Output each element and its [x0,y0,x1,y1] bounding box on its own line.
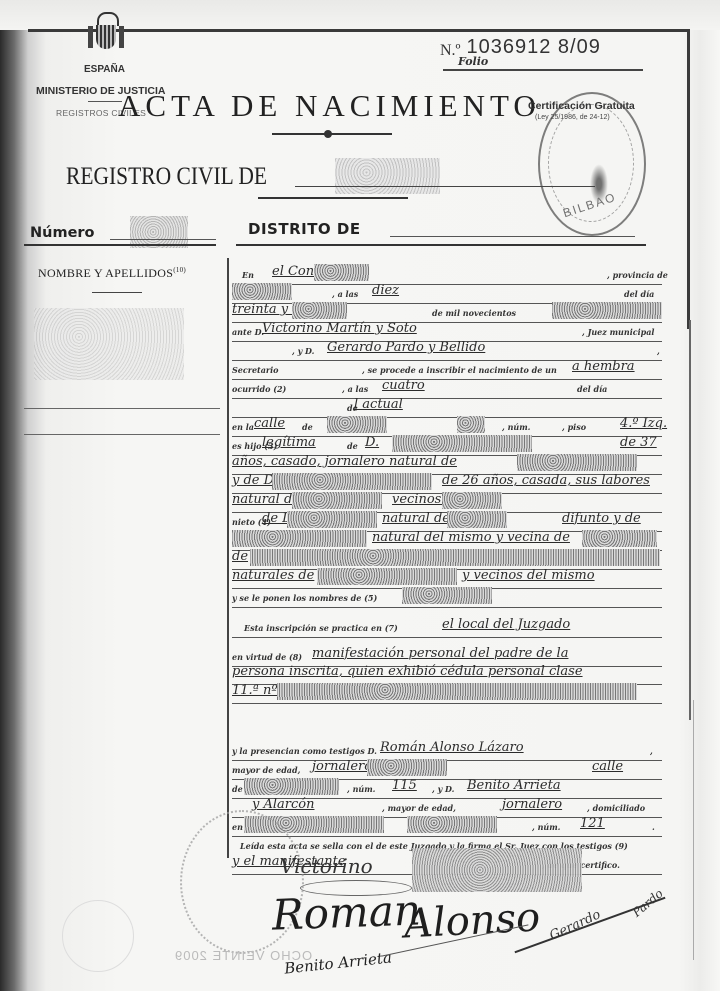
redacted-field [582,530,657,547]
redacted-field [552,302,662,319]
coat-of-arms-icon [86,12,126,58]
handwritten-entry: difunto y de [562,511,641,526]
registro-underline [258,197,408,199]
form-line: Secretario, se procede a inscribir el na… [232,361,662,380]
handwritten-entry: de 37 [620,435,657,450]
handwritten-entry: y Alarcón [252,797,314,812]
handwritten-entry: natural del mismo y vecina de [372,530,570,545]
handwritten-entry: calle [592,759,623,774]
handwritten-entry: persona inscrita, quien exhibió cédula p… [232,664,583,679]
printed-text: y la presencian como testigos D. [232,746,377,756]
handwritten-entry: D. [365,435,379,450]
redacted-field [272,473,432,490]
redacted-field [517,454,637,471]
printed-text: , domiciliado [587,803,645,813]
printed-text: en la [232,422,254,432]
printed-text: de [302,422,313,432]
registro-civil-label: REGISTRO CIVIL DE [66,163,267,191]
left-rule [24,408,220,409]
redacted-field [292,302,347,319]
frame-border-right [687,29,690,329]
printed-text: , núm. [532,822,560,832]
handwritten-entry: de [232,549,248,564]
printed-text: , y D. [432,784,454,794]
form-line: ende, núm..121 [232,818,662,837]
handwritten-entry: naturales de [232,568,314,583]
frame-border-right-bottom [693,700,694,960]
frame-border-right-lower [689,320,691,720]
frame-border-top [28,29,690,32]
numero-line [110,239,216,240]
title-ornament [272,133,392,135]
distrito-line [390,236,635,237]
nombre-redacted [34,308,184,380]
signature-witness1: Roman [271,885,421,939]
handwritten-entry: jornalero [502,797,562,812]
printed-text: , piso [562,422,586,432]
handwritten-entry: a hembra [572,359,635,374]
redacted-field [327,416,387,433]
printed-text: , [650,746,653,756]
handwritten-entry: legítima [262,435,316,450]
printed-text: , núm. [347,784,375,794]
country-label: ESPAÑA [84,64,125,75]
printed-text: , núm. [502,422,530,432]
redacted-field [250,549,660,566]
nombre-note: (10) [173,266,186,274]
redacted-field [367,759,447,776]
nombre-label: NOMBRE Y APELLIDOS(10) [38,266,186,281]
handwritten-entry: Victorino Martín y Soto [262,321,417,336]
printed-text: , mayor de edad, [382,803,456,813]
redacted-field [457,416,485,433]
printed-text: , se procede a inscribir el nacimiento d… [362,365,557,375]
document-title: ACTA DE NACIMIENTO [118,88,541,124]
column-divider [227,258,229,858]
form-line: y se le ponen los nombres de (5) [232,589,662,608]
handwritten-entry: jornalero [312,759,372,774]
handwritten-entry: 4.º Izq. [620,416,667,431]
printed-text: , Juez municipal [582,327,654,337]
handwritten-entry: l actual [354,397,403,412]
handwritten-entry: diez [372,283,399,298]
handwritten-entry: calle [254,416,285,431]
main-divider [236,244,646,246]
handwritten-entry: manifestación personal del padre de la [312,646,568,661]
redacted-field [314,264,369,281]
printed-text: del día [624,289,654,299]
handwritten-entry: Román Alonso Lázaro [380,740,524,755]
redacted-field [292,492,382,509]
printed-text: , [657,346,660,356]
redacted-field [317,568,457,585]
left-divider [24,244,216,246]
redacted-field [442,492,502,509]
left-rule [24,434,220,435]
redacted-field [277,683,637,700]
printed-text: , a las [342,384,368,394]
folio-label: Folio [458,55,488,68]
printed-text: mayor de edad, [232,765,300,775]
printed-text: En [242,270,254,280]
signature-witness1-surname: Alonso [403,894,541,947]
form-line: En, provincia deel Concejo de [232,266,662,285]
printed-text: en virtud de (8) [232,652,302,662]
distrito-label: DISTRITO DE [248,220,361,238]
printed-text: Secretario [232,365,279,375]
redacted-field [287,511,377,528]
faint-seal [62,900,134,972]
document-page: ESPAÑA MINISTERIO DE JUSTICIA REGISTROS … [0,0,720,991]
printed-text: del día [577,384,607,394]
printed-text: , y D. [292,346,314,356]
handwritten-entry: Gerardo Pardo y Bellido [327,340,485,355]
printed-text: Esta inscripción se practica en (7) [244,623,398,633]
redacted-field [392,435,532,452]
handwritten-entry: el local del Juzgado [442,617,570,632]
handwritten-entry: cuatro [382,378,425,393]
number-underline [443,69,643,71]
redacted-field [244,778,339,795]
printed-text: de [232,784,243,794]
ministry-divider [88,101,122,102]
redacted-field [447,511,507,528]
form-line: 11.ª nº 10311 [232,685,662,704]
printed-text: , provincia de [607,270,668,280]
redacted-field [232,283,292,300]
handwritten-entry: natural de [232,492,300,507]
printed-text: y se le ponen los nombres de (5) [232,593,377,603]
printed-text: de mil novecientos [432,308,516,318]
printed-text: de [347,441,358,451]
numero-label: Número [30,225,95,241]
printed-text: . [652,822,655,832]
redacted-field [232,530,367,547]
handwritten-entry: natural de [382,511,450,526]
handwritten-entry: 115 [392,778,417,793]
printed-text: , a las [332,289,358,299]
handwritten-entry: años, casado, jornalero natural de [232,454,457,469]
form-line: del actual [232,399,662,418]
handwritten-entry: 121 [580,816,605,831]
signature-registrar: Victorino [280,854,373,878]
certification-law: (Ley 25/1986, de 24-12) [535,114,610,121]
signature-redacted [412,848,582,892]
redacted-field [407,816,497,833]
registro-line [295,186,595,187]
form-line: ocurrido (2), a lasdel díacuatro [232,380,662,399]
printed-text: ante D. [232,327,264,337]
nombre-rule [92,292,142,293]
printed-text: ocurrido (2) [232,384,286,394]
nombre-label-text: NOMBRE Y APELLIDOS [38,266,173,280]
handwritten-entry: de 26 años, casada, sus labores [442,473,650,488]
handwritten-entry: y vecinos del mismo [462,568,595,583]
redacted-field [402,587,492,604]
handwritten-entry: Benito Arrieta [467,778,561,793]
form-line: Esta inscripción se practica en (7)el lo… [232,619,662,638]
registro-redacted [335,158,440,194]
certification-label: Certificación Gratuita [528,100,635,112]
